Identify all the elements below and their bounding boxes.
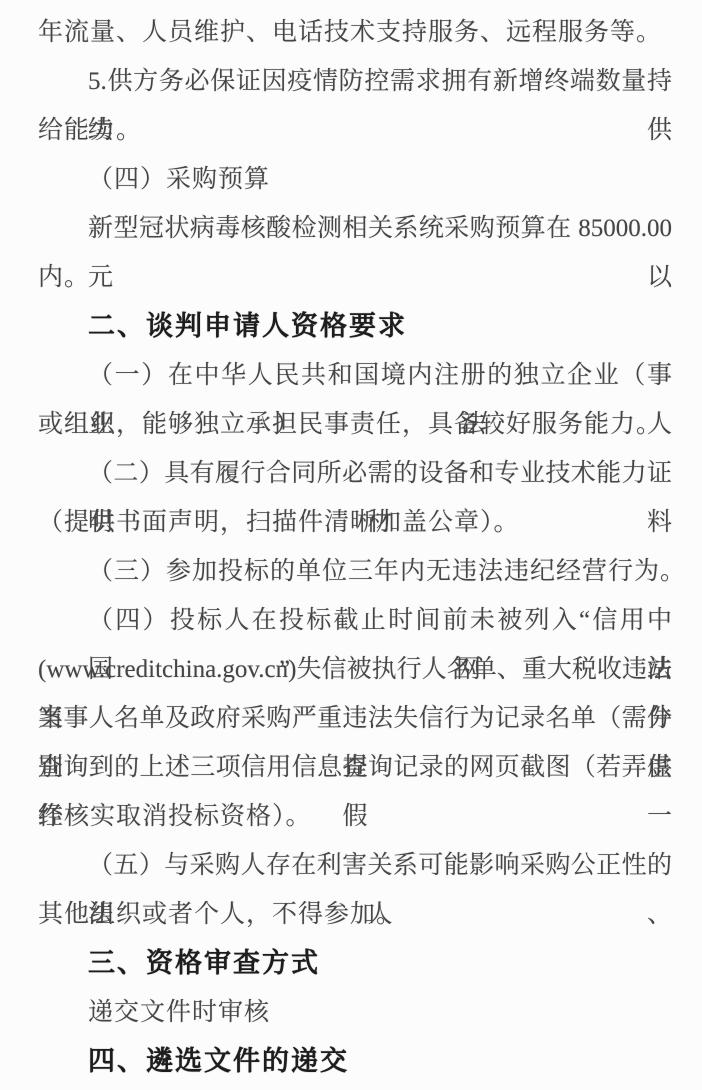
text-line: 新型冠状病毒核酸检测相关系统采购预算在 85000.00 元以 bbox=[38, 204, 672, 253]
document-body: 年流量、人员维护、电话技术支持服务、远程服务等。5.供方务必保证因疫情防控需求拥… bbox=[38, 8, 672, 1086]
text-line: 5.供方务必保证因疫情防控需求拥有新增终端数量持续供 bbox=[38, 57, 672, 106]
text-line: 查询到的上述三项信用信息查询记录的网页截图（若弄虚作假一 bbox=[38, 743, 672, 792]
document-page: 年流量、人员维护、电话技术支持服务、远程服务等。5.供方务必保证因疫情防控需求拥… bbox=[0, 0, 702, 1090]
text-line: 递交文件时审核 bbox=[38, 988, 672, 1037]
section-heading: 三、资格审查方式 bbox=[38, 939, 672, 988]
text-line: 或组织，能够独立承担民事责任，具备较好服务能力。 bbox=[38, 400, 672, 449]
text-line: (www.creditchina.gov.cn)失信被执行人名单、重大税收违法案… bbox=[38, 645, 672, 694]
text-line: （一）在中华人民共和国境内注册的独立企业（事业）法人 bbox=[38, 351, 672, 400]
section-heading: 二、谈判申请人资格要求 bbox=[38, 302, 672, 351]
text-line: （五）与采购人存在利害关系可能影响采购公正性的法人、 bbox=[38, 841, 672, 890]
text-line: （四）采购预算 bbox=[38, 155, 672, 204]
text-line: （二）具有履行合同所必需的设备和专业技术能力证明材料 bbox=[38, 449, 672, 498]
text-line: 当事人名单及政府采购严重违法失信行为记录名单（需分别提供 bbox=[38, 694, 672, 743]
section-heading: 四、遴选文件的递交 bbox=[38, 1037, 672, 1086]
text-line: （三）参加投标的单位三年内无违法违纪经营行为。 bbox=[38, 547, 672, 596]
text-line: （四）投标人在投标截止时间前未被列入“信用中国”网站 bbox=[38, 596, 672, 645]
text-line: 年流量、人员维护、电话技术支持服务、远程服务等。 bbox=[38, 8, 672, 57]
